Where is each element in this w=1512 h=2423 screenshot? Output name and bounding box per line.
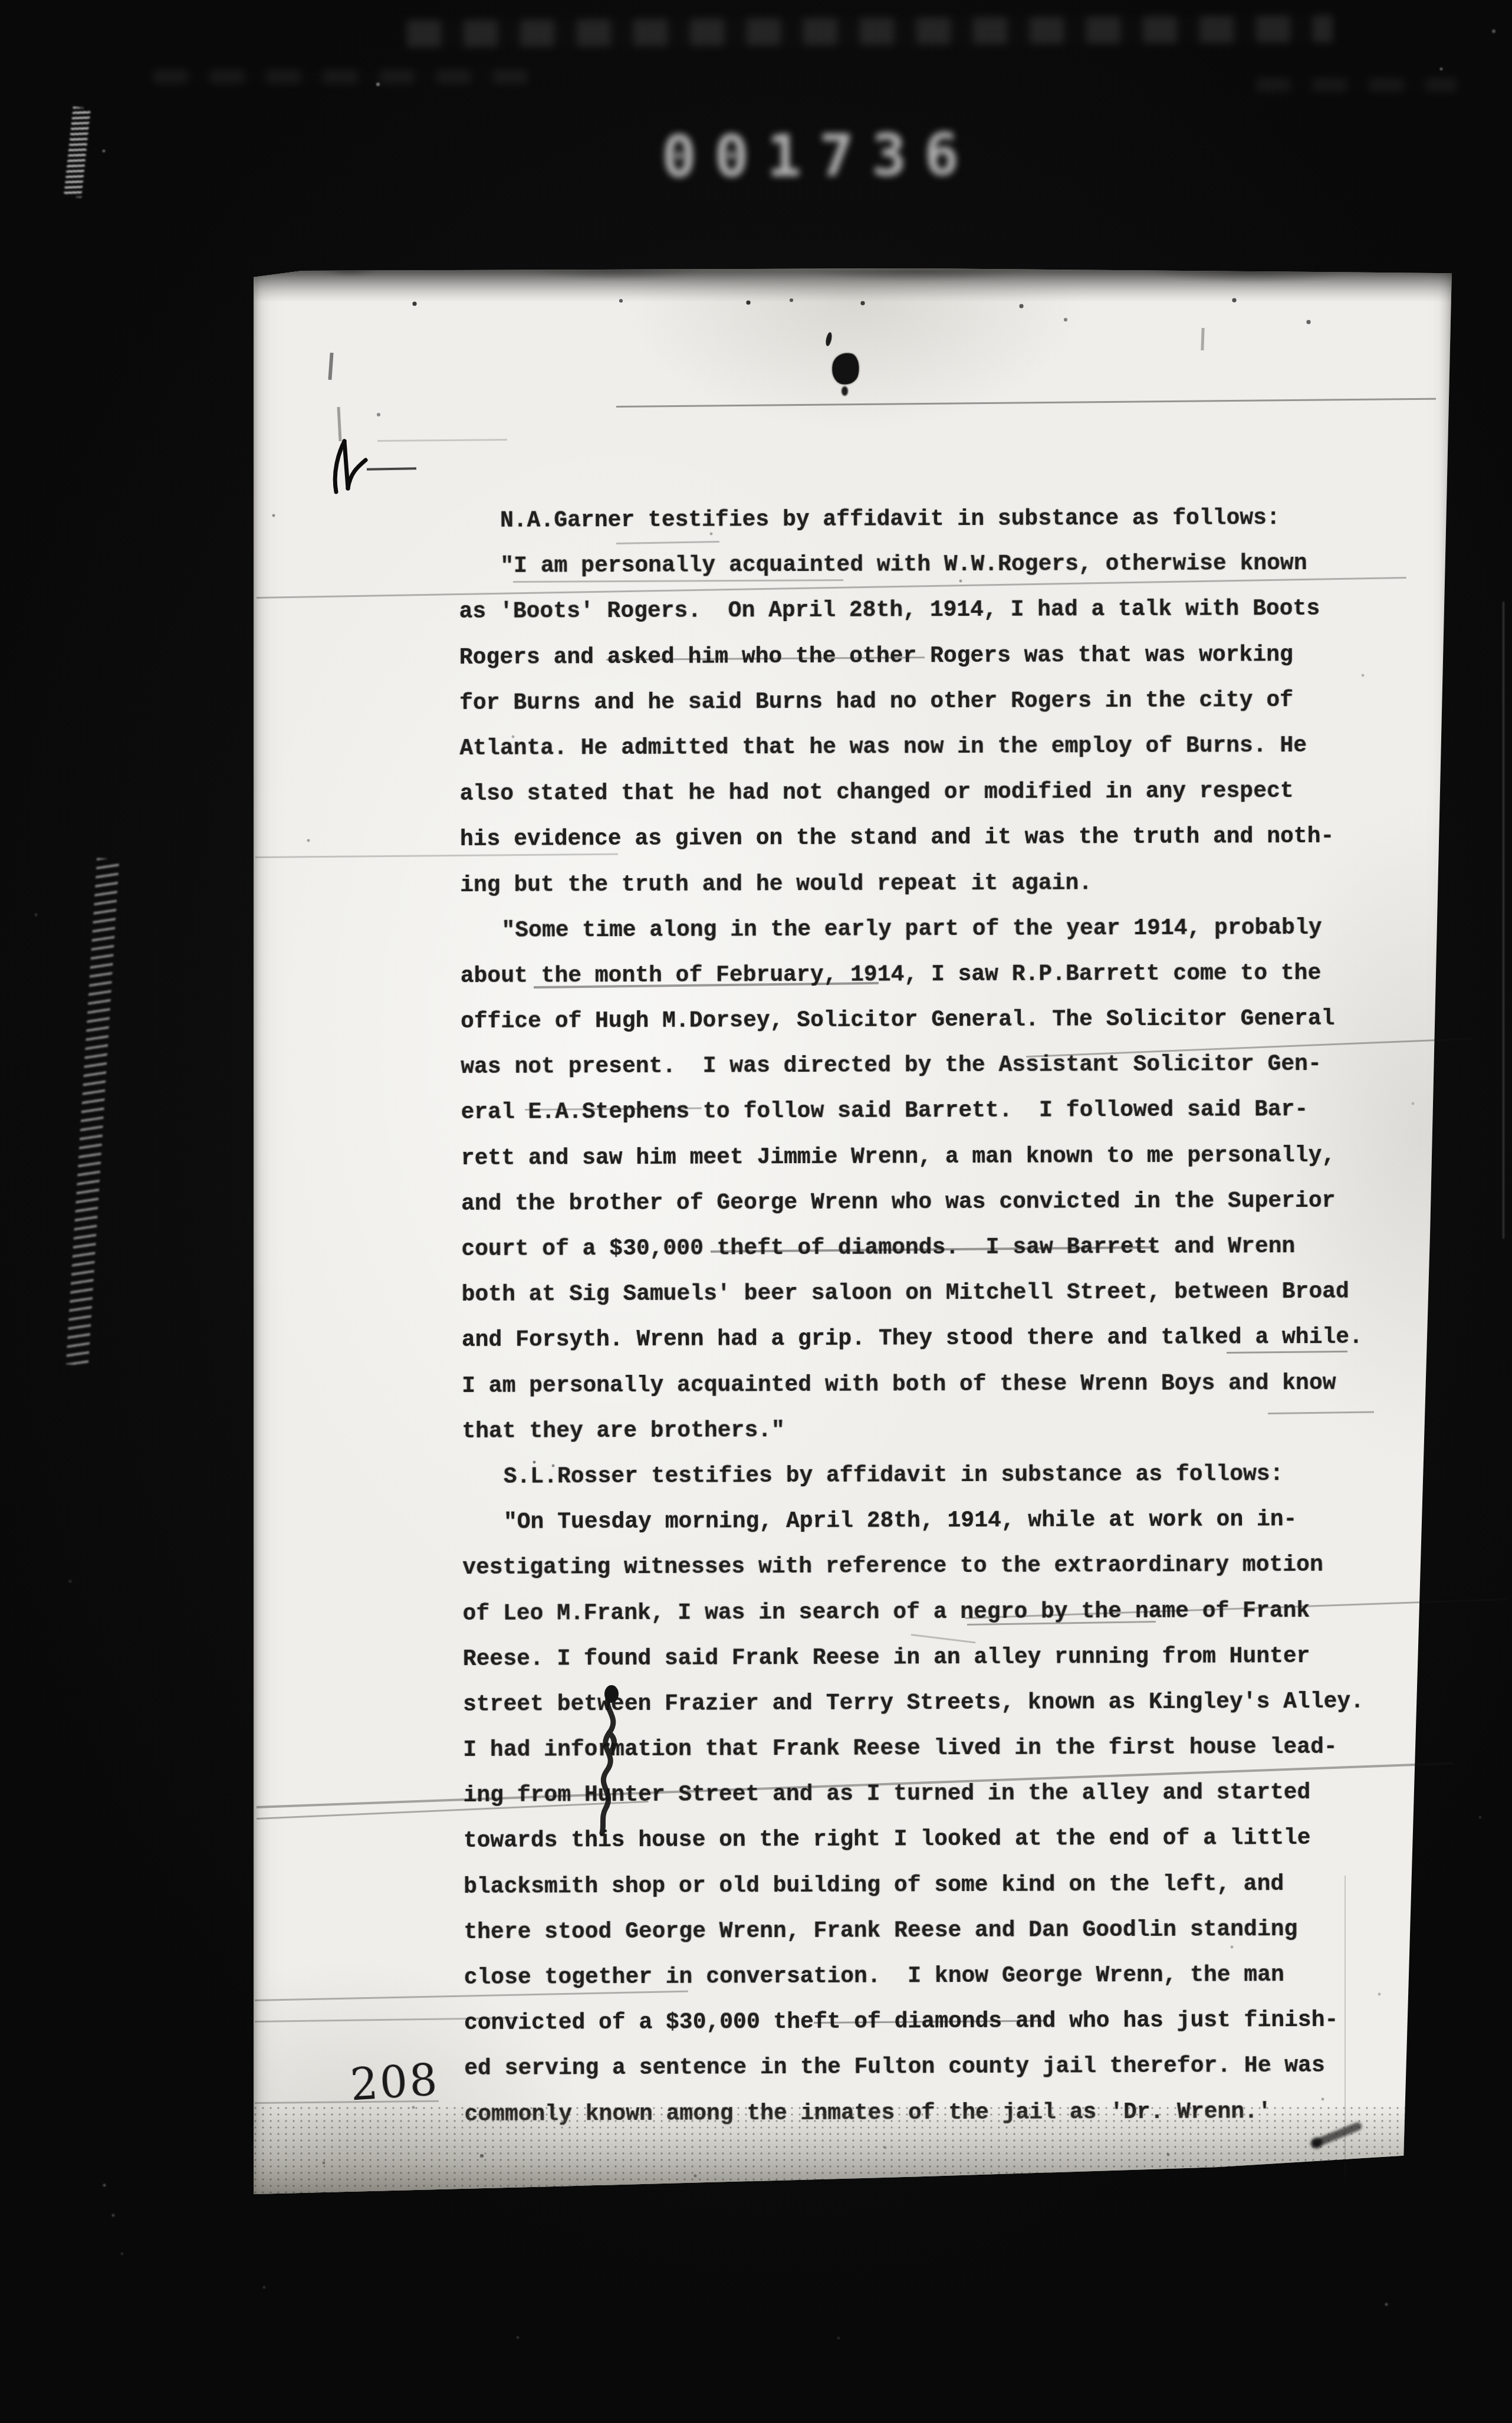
typed-line: both at Sig Samuels' beer saloon on Mitc… xyxy=(462,1269,1429,1318)
film-ghost-smudge xyxy=(1256,78,1457,92)
typed-line: about the month of February, 1914, I saw… xyxy=(461,950,1428,999)
ink-blot xyxy=(842,386,848,396)
typed-line: S.L.Rosser testifies by affidavit in sub… xyxy=(462,1451,1429,1500)
page-edge-shading xyxy=(254,268,1457,307)
typed-line: and the brother of George Wrenn who was … xyxy=(461,1178,1428,1227)
typed-line: ed serving a sentence in the Fulton coun… xyxy=(464,2043,1431,2092)
typed-line: office of Hugh M.Dorsey, Solicitor Gener… xyxy=(461,996,1428,1045)
typed-line: and Forsyth. Wrenn had a grip. They stoo… xyxy=(462,1315,1429,1364)
typed-line: "On Tuesday morning, April 28th, 1914, w… xyxy=(462,1496,1429,1545)
page-crease xyxy=(1345,1876,1346,2182)
typed-line: vestigating witnesses with reference to … xyxy=(462,1542,1429,1591)
typed-line: eral E.A.Stephens to follow said Barrett… xyxy=(461,1087,1428,1136)
ink-specks xyxy=(0,0,1,1)
film-ghost-smudge xyxy=(153,70,531,84)
document-page: N.A.Garner testifies by affidavit in sub… xyxy=(254,268,1457,2194)
typed-line: I am personally acquainted with both of … xyxy=(462,1360,1429,1409)
film-edge-scratch xyxy=(66,858,119,1366)
typed-line: his evidence as given on the stand and i… xyxy=(460,814,1427,863)
typed-line: also stated that he had not changed or m… xyxy=(460,768,1427,817)
film-edge-scratch xyxy=(64,107,91,198)
typed-line: ing but the truth and he would repeat it… xyxy=(460,859,1427,908)
microfilm-scan: 001736 N.A.Garner testifies by affidavit… xyxy=(0,0,1512,2423)
typed-line: was not present. I was directed by the A… xyxy=(461,1042,1428,1091)
typed-line: as 'Boots' Rogers. On April 28th, 1914, … xyxy=(459,586,1426,635)
page-edge-shading xyxy=(254,2106,1457,2194)
handwritten-mark xyxy=(328,435,370,495)
typed-text: N.A.Garner testifies by affidavit in sub… xyxy=(459,495,1432,2137)
film-edge-scratch xyxy=(1503,602,1504,1239)
film-ghost-smudge xyxy=(407,15,1333,47)
film-frame-stamp: 001736 xyxy=(662,122,977,191)
typed-line: Reese. I found said Frank Reese in an al… xyxy=(463,1633,1430,1682)
typed-line: of Leo M.Frank, I was in search of a neg… xyxy=(462,1588,1429,1637)
ink-blot-squiggle xyxy=(581,1685,635,1839)
typed-line: there stood George Wrenn, Frank Reese an… xyxy=(464,1906,1431,1955)
typed-line: N.A.Garner testifies by affidavit in sub… xyxy=(459,495,1426,544)
typed-line: for Burns and he said Burns had no other… xyxy=(459,677,1426,726)
typed-line: Rogers and asked him who the other Roger… xyxy=(459,632,1426,681)
typed-line: Atlanta. He admitted that he was now in … xyxy=(459,723,1426,771)
typed-line: rett and saw him meet Jimmie Wrenn, a ma… xyxy=(461,1132,1428,1181)
typed-line: blacksmith shop or old building of some … xyxy=(464,1861,1431,1910)
typed-line: "Some time along in the early part of th… xyxy=(460,905,1427,954)
